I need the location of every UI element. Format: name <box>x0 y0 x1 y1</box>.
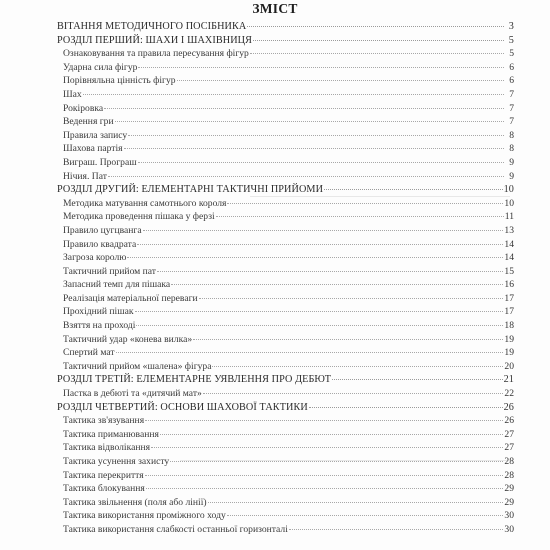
dot-leader <box>250 42 504 54</box>
dot-leader <box>151 436 503 448</box>
dot-leader <box>253 29 504 41</box>
dot-leader <box>170 450 503 462</box>
dot-leader <box>137 233 503 245</box>
dot-leader <box>128 124 504 136</box>
dot-leader <box>145 464 504 476</box>
dot-leader <box>157 260 503 272</box>
dot-leader <box>289 518 504 530</box>
toc-entry-page-number: 30 <box>504 523 514 537</box>
dot-leader <box>83 83 504 95</box>
dot-leader <box>160 423 504 435</box>
dot-leader <box>108 165 504 177</box>
dot-leader <box>146 477 504 489</box>
dot-leader <box>171 273 503 285</box>
dot-leader <box>227 192 503 204</box>
dot-leader <box>332 368 503 380</box>
dot-leader <box>145 409 503 421</box>
dot-leader <box>309 396 503 408</box>
dot-leader <box>227 504 504 516</box>
table-of-contents: ВІТАННЯ МЕТОДИЧНОГО ПОСІБНИКА 3 РОЗДІЛ П… <box>57 17 514 534</box>
dot-leader <box>193 328 503 340</box>
dot-leader <box>104 97 504 109</box>
dot-leader <box>115 110 504 122</box>
dot-leader <box>143 219 504 231</box>
dot-leader <box>212 355 503 367</box>
dot-leader <box>199 287 504 299</box>
dot-leader <box>127 246 503 258</box>
toc-entry-label: Тактика використання слабкості останньої… <box>63 523 288 537</box>
dot-leader <box>247 15 504 27</box>
dot-leader <box>177 69 504 81</box>
dot-leader <box>208 491 504 503</box>
dot-leader <box>124 137 504 149</box>
dot-leader <box>135 300 504 312</box>
dot-leader <box>203 382 504 394</box>
document-page: ЗМІСТ ВІТАННЯ МЕТОДИЧНОГО ПОСІБНИКА 3 РО… <box>0 0 550 550</box>
dot-leader <box>324 178 503 190</box>
dot-leader <box>138 151 504 163</box>
dot-leader <box>138 56 504 68</box>
toc-subsection-entry[interactable]: Тактика використання слабкості останньої… <box>57 520 514 534</box>
dot-leader <box>216 205 504 217</box>
dot-leader <box>116 341 504 353</box>
dot-leader <box>136 314 503 326</box>
